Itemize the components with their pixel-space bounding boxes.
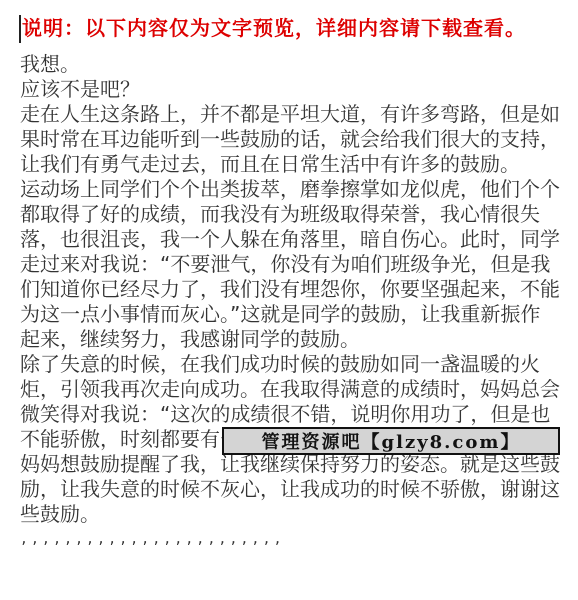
- watermark-badge[interactable]: 管理资源吧【glzy8.com】: [222, 427, 560, 455]
- essay-line: 我想。: [20, 52, 565, 77]
- essay-line: 们知道你已经尽力了，我们没有埋怨你，你要坚强起来，不能: [20, 277, 565, 302]
- essay-line: 为这一点小事情而灰心。”这就是同学的鼓励，让我重新振作: [20, 302, 565, 327]
- truncation-dots-line: ,,,,,,,,,,,,,,,,,,,,,,,,: [20, 527, 565, 552]
- essay-line: 应该不是吧？: [20, 77, 565, 102]
- essay-line: 让我们有勇气走过去，而且在日常生活中有许多的鼓励。: [20, 152, 565, 177]
- preview-notice: 说明：以下内容仅为文字预览，详细内容请下载查看。: [22, 14, 526, 42]
- essay-line: 都取得了好的成绩，而我没有为班级取得荣誉，我心情很失: [20, 202, 565, 227]
- essay-line: 走过来对我说：“不要泄气，你没有为咱们班级争光，但是我: [20, 252, 565, 277]
- document-preview-page: 说明：以下内容仅为文字预览，详细内容请下载查看。 我想。 应该不是吧？ 走在人生…: [0, 0, 578, 600]
- essay-line: 果时常在耳边能听到一些鼓励的话，就会给我们很大的支持，: [20, 127, 565, 152]
- essay-line: 除了失意的时候，在我们成功时候的鼓励如同一盏温暖的火: [20, 352, 565, 377]
- essay-line: 起来，继续努力，我感谢同学的鼓励。: [20, 327, 565, 352]
- essay-line: 励，让我失意的时候不灰心，让我成功的时候不骄傲，谢谢这: [20, 477, 565, 502]
- essay-line: 运动场上同学们个个出类拔萃，磨拳擦掌如龙似虎，他们个个: [20, 177, 565, 202]
- essay-line: 落，也很沮丧，我一个人躲在角落里，暗自伤心。此时，同学: [20, 227, 565, 252]
- essay-line: 微笑得对我说：“这次的成绩很不错，说明你用功了，但是也: [20, 402, 565, 427]
- essay-line: 妈妈想鼓励提醒了我，让我继续保持努力的姿态。就是这些鼓: [20, 452, 565, 477]
- text-cursor-caret: [19, 15, 21, 43]
- essay-line: 走在人生这条路上，并不都是平坦大道，有许多弯路，但是如: [20, 102, 565, 127]
- essay-line: 炬，引领我再次走向成功。在我取得满意的成绩时，妈妈总会: [20, 377, 565, 402]
- essay-body: 我想。 应该不是吧？ 走在人生这条路上，并不都是平坦大道，有许多弯路，但是如 果…: [20, 52, 565, 552]
- watermark-text: 管理资源吧【glzy8.com】: [262, 428, 521, 454]
- essay-line: 些鼓励。: [20, 502, 565, 527]
